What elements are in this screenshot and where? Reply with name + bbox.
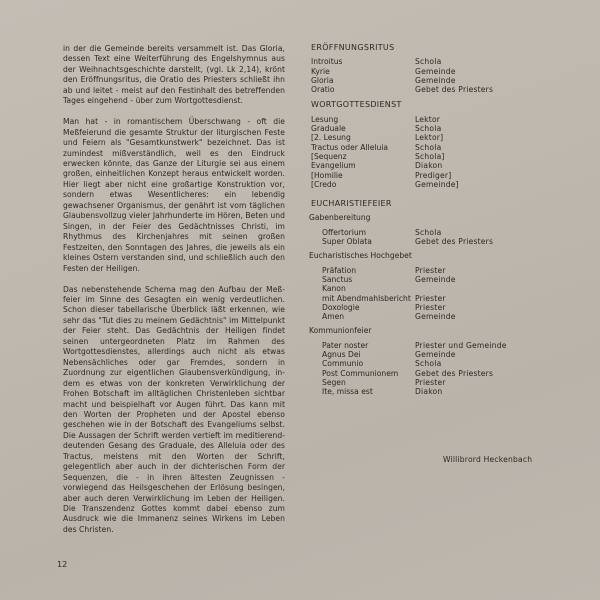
- performer: Gebet des Priesters: [415, 85, 493, 94]
- schema-row: AmenGemeinde: [322, 312, 551, 321]
- performer: Schola: [415, 143, 441, 152]
- performer: Diakon: [415, 161, 442, 170]
- liturgy-part: Doxologie: [322, 303, 415, 312]
- section-title-eucharistiefeier: EUCHARISTIEFEIER: [311, 199, 551, 208]
- schema-row: Tractus oder AlleluiaSchola: [311, 143, 551, 152]
- schema-row: Pater nosterPriester und Gemeinde: [322, 341, 551, 350]
- liturgy-part: Post Communionem: [322, 369, 415, 378]
- rows-gabenbereitung: OffertoriumScholaSuper OblataGebet des P…: [322, 228, 551, 247]
- booklet-page: in der die Gemeinde bereits versammelt i…: [0, 0, 600, 600]
- schema-row: SegenPriester: [322, 378, 551, 387]
- author-signature: Willibrord Heckenbach: [443, 455, 532, 464]
- liturgy-part: Segen: [322, 378, 415, 387]
- schema-row: Super OblataGebet des Priesters: [322, 237, 551, 246]
- rows-hochgebet: PräfationPriesterSanctusGemeindeKanonmit…: [322, 266, 551, 322]
- performer: Schola: [415, 57, 441, 66]
- liturgy-part: Kyrie: [311, 67, 415, 76]
- liturgy-part: [2. Lesung: [311, 133, 415, 142]
- liturgy-part: Introitus: [311, 57, 415, 66]
- schema-row: GloriaGemeinde: [311, 76, 551, 85]
- performer: Gemeinde: [415, 312, 456, 321]
- schema-row: DoxologiePriester: [322, 303, 551, 312]
- liturgy-part: Amen: [322, 312, 415, 321]
- performer: Lektor]: [415, 133, 443, 142]
- liturgy-part: Evangelium: [311, 161, 415, 170]
- liturgy-part: Ite, missa est: [322, 387, 415, 396]
- schema-row: Agnus DeiGemeinde: [322, 350, 551, 359]
- schema-row: LesungLektor: [311, 115, 551, 124]
- schema-row: GradualeSchola: [311, 124, 551, 133]
- schema-row: PräfationPriester: [322, 266, 551, 275]
- performer: Priester und Gemeinde: [415, 341, 507, 350]
- performer: Gemeinde: [415, 67, 456, 76]
- subsection-title-kommunionfeier: Kommunionfeier: [309, 326, 551, 335]
- liturgy-part: Präfation: [322, 266, 415, 275]
- performer: Gemeinde]: [415, 180, 459, 189]
- section-title-wortgottesdienst: WORTGOTTESDIENST: [311, 100, 551, 109]
- liturgy-part: Oratio: [311, 85, 415, 94]
- schema-row: [HomiliePrediger]: [311, 171, 551, 180]
- mass-schema: ERÖFFNUNGSRITUS IntroitusScholaKyrieGeme…: [311, 43, 551, 402]
- schema-row: [2. LesungLektor]: [311, 133, 551, 142]
- liturgy-part: [Homilie: [311, 171, 415, 180]
- rows-wortgottesdienst: LesungLektorGradualeSchola[2. LesungLekt…: [311, 115, 551, 189]
- schema-row: Post CommunionemGebet des Priesters: [322, 369, 551, 378]
- essay-paragraph: Das nebenstehende Schema mag den Aufbau …: [63, 285, 285, 536]
- subsection-title-gabenbereitung: Gabenbereitung: [309, 213, 551, 222]
- liturgy-part: Lesung: [311, 115, 415, 124]
- schema-row: [SequenzSchola]: [311, 152, 551, 161]
- schema-row: EvangeliumDiakon: [311, 161, 551, 170]
- rows-kommunionfeier: Pater nosterPriester und GemeindeAgnus D…: [322, 341, 551, 397]
- performer: Lektor: [415, 115, 440, 124]
- performer: Gemeinde: [415, 76, 456, 85]
- performer: Priester: [415, 266, 446, 275]
- performer: Prediger]: [415, 171, 451, 180]
- subsection-title-hochgebet: Eucharistisches Hochgebet: [309, 251, 551, 260]
- liturgy-part: [Credo: [311, 180, 415, 189]
- liturgy-part: Kanon: [322, 284, 415, 293]
- schema-row: CommunioSchola: [322, 359, 551, 368]
- performer: Schola: [415, 359, 441, 368]
- rows-eroeffnungsritus: IntroitusScholaKyrieGemeindeGloriaGemein…: [311, 57, 551, 94]
- liturgy-part: Sanctus: [322, 275, 415, 284]
- essay-paragraph: Man hat - in romantischem Überschwang - …: [63, 117, 285, 274]
- essay-column: in der die Gemeinde bereits versammelt i…: [63, 44, 285, 546]
- performer: Schola]: [415, 152, 445, 161]
- schema-row: IntroitusSchola: [311, 57, 551, 66]
- performer: Priester: [415, 303, 446, 312]
- performer: Gebet des Priesters: [415, 237, 493, 246]
- performer: Gemeinde: [415, 275, 456, 284]
- essay-paragraph: in der die Gemeinde bereits versammelt i…: [63, 44, 285, 107]
- performer: Schola: [415, 228, 441, 237]
- liturgy-part: Super Oblata: [322, 237, 415, 246]
- performer: Schola: [415, 124, 441, 133]
- performer: Gebet des Priesters: [415, 369, 493, 378]
- section-title-eroeffnungsritus: ERÖFFNUNGSRITUS: [311, 43, 551, 52]
- performer: Priester: [415, 294, 446, 303]
- schema-row: [CredoGemeinde]: [311, 180, 551, 189]
- performer: Priester: [415, 378, 446, 387]
- schema-row: mit AbendmahlsberichtPriester: [322, 294, 551, 303]
- liturgy-part: Offertorium: [322, 228, 415, 237]
- liturgy-part: mit Abendmahlsbericht: [322, 294, 415, 303]
- schema-row: OratioGebet des Priesters: [311, 85, 551, 94]
- liturgy-part: Communio: [322, 359, 415, 368]
- schema-row: OffertoriumSchola: [322, 228, 551, 237]
- schema-row: SanctusGemeinde: [322, 275, 551, 284]
- page-number: 12: [57, 560, 67, 569]
- liturgy-part: Graduale: [311, 124, 415, 133]
- liturgy-part: Tractus oder Alleluia: [311, 143, 415, 152]
- schema-row: Kanon: [322, 284, 551, 293]
- liturgy-part: Gloria: [311, 76, 415, 85]
- performer: Gemeinde: [415, 350, 456, 359]
- liturgy-part: [Sequenz: [311, 152, 415, 161]
- schema-row: KyrieGemeinde: [311, 67, 551, 76]
- performer: Diakon: [415, 387, 442, 396]
- liturgy-part: Pater noster: [322, 341, 415, 350]
- schema-row: Ite, missa estDiakon: [322, 387, 551, 396]
- liturgy-part: Agnus Dei: [322, 350, 415, 359]
